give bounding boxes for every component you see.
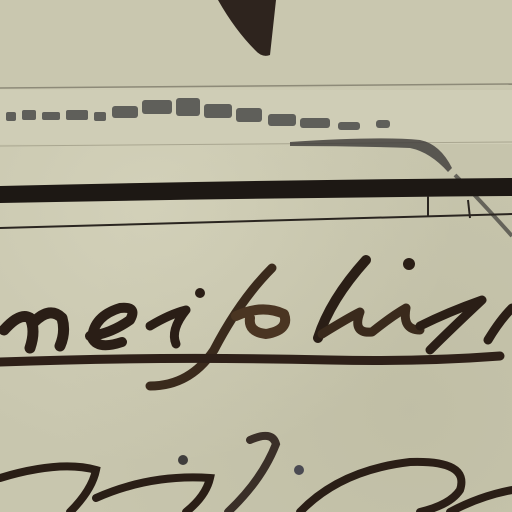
thin-ruled-line <box>0 214 512 228</box>
lower-cursive <box>0 436 512 512</box>
manuscript-photo: ne jtoliy <box>0 0 512 512</box>
manuscript-drawing <box>0 0 512 512</box>
thick-ruled-line <box>0 178 512 203</box>
cursive-word <box>4 258 512 386</box>
ink-smudge-trail <box>290 138 452 172</box>
underline-stroke <box>0 356 500 362</box>
